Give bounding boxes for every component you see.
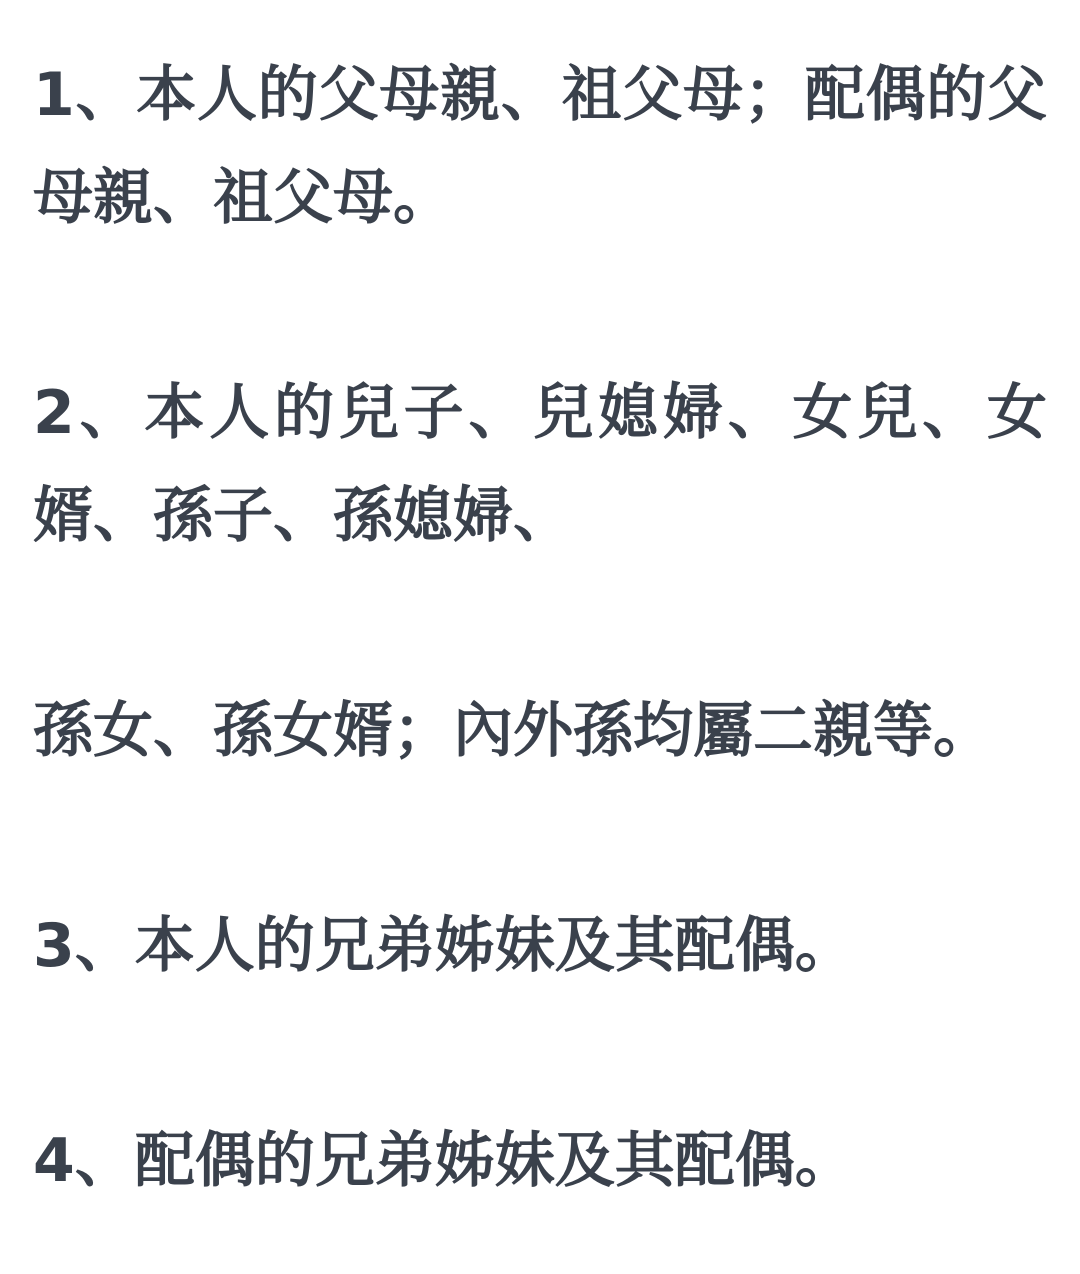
paragraph-2: 2、本人的兒子、兒媳婦、女兒、女 婿、孫子、孫媳婦、 bbox=[33, 362, 1047, 568]
paragraph-5: 4、配偶的兄弟姊妹及其配偶。 bbox=[33, 1110, 1047, 1213]
paragraph-1-line-1: 1、本人的父母親、祖父母；配偶的父 bbox=[33, 44, 1047, 147]
paragraph-4: 3、本人的兄弟姊妹及其配偶。 bbox=[33, 895, 1047, 998]
article-body: 1、本人的父母親、祖父母；配偶的父 母親、祖父母。 2、本人的兒子、兒媳婦、女兒… bbox=[0, 0, 1080, 1213]
paragraph-2-line-2: 婿、孫子、孫媳婦、 bbox=[33, 465, 1047, 568]
paragraph-1: 1、本人的父母親、祖父母；配偶的父 母親、祖父母。 bbox=[33, 44, 1047, 250]
paragraph-2-line-1: 2、本人的兒子、兒媳婦、女兒、女 bbox=[33, 362, 1047, 465]
paragraph-5-line-1: 4、配偶的兄弟姊妹及其配偶。 bbox=[33, 1110, 1047, 1213]
paragraph-4-line-1: 3、本人的兄弟姊妹及其配偶。 bbox=[33, 895, 1047, 998]
paragraph-3: 孫女、孫女婿；內外孫均屬二親等。 bbox=[33, 680, 1047, 783]
paragraph-3-line-1: 孫女、孫女婿；內外孫均屬二親等。 bbox=[33, 680, 1047, 783]
paragraph-1-line-2: 母親、祖父母。 bbox=[33, 147, 1047, 250]
